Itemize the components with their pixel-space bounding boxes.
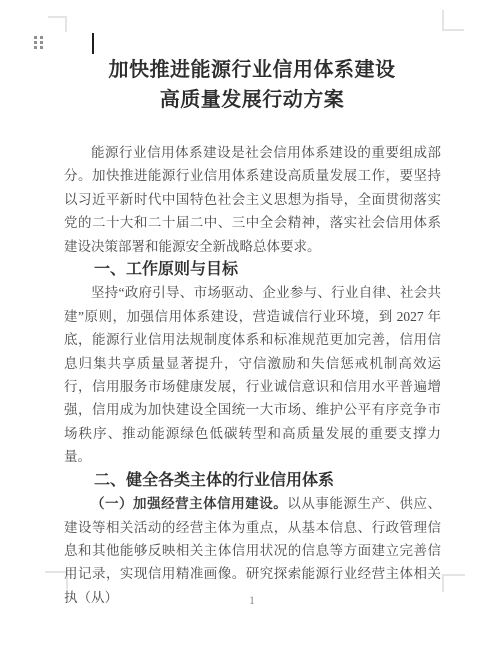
document-title-line-1[interactable]: 加快推进能源行业信用体系建设	[0, 55, 504, 85]
crop-mark-bottom-right	[442, 574, 465, 592]
document-body[interactable]: 能源行业信用体系建设是社会信用体系建设的重要组成部分。加快推进能源行业信用体系建…	[64, 141, 441, 609]
document-title[interactable]: 加快推进能源行业信用体系建设 高质量发展行动方案	[0, 55, 504, 115]
heading-section-2[interactable]: 二、健全各类主体的行业信用体系	[64, 469, 441, 492]
drag-handle-icon[interactable]	[34, 36, 43, 49]
crop-mark-top-left	[48, 16, 67, 32]
crop-mark-top-right	[442, 10, 464, 31]
paragraph-subsection-1-body[interactable]: 以从事能源生产、供应、建设等相关活动的经营主体为重点，从基本信息、行政管理信息和…	[64, 496, 441, 605]
paragraph-subsection-1-lead[interactable]: （一）加强经营主体信用建设。	[91, 496, 287, 511]
page-number: 1	[249, 593, 255, 607]
paragraph-principles[interactable]: 坚持“政府引导、市场驱动、企业参与、行业自律、社会共建”原则，加强信用体系建设，…	[64, 281, 441, 468]
text-cursor	[92, 33, 94, 54]
document-title-line-2[interactable]: 高质量发展行动方案	[0, 85, 504, 115]
document-page[interactable]: 加快推进能源行业信用体系建设 高质量发展行动方案 能源行业信用体系建设是社会信用…	[0, 0, 504, 651]
paragraph-subsection-1[interactable]: （一）加强经营主体信用建设。以从事能源生产、供应、建设等相关活动的经营主体为重点…	[64, 492, 441, 609]
paragraph-intro[interactable]: 能源行业信用体系建设是社会信用体系建设的重要组成部分。加快推进能源行业信用体系建…	[64, 141, 441, 258]
page-footer: 1	[0, 593, 504, 608]
heading-section-1[interactable]: 一、工作原则与目标	[64, 258, 441, 281]
